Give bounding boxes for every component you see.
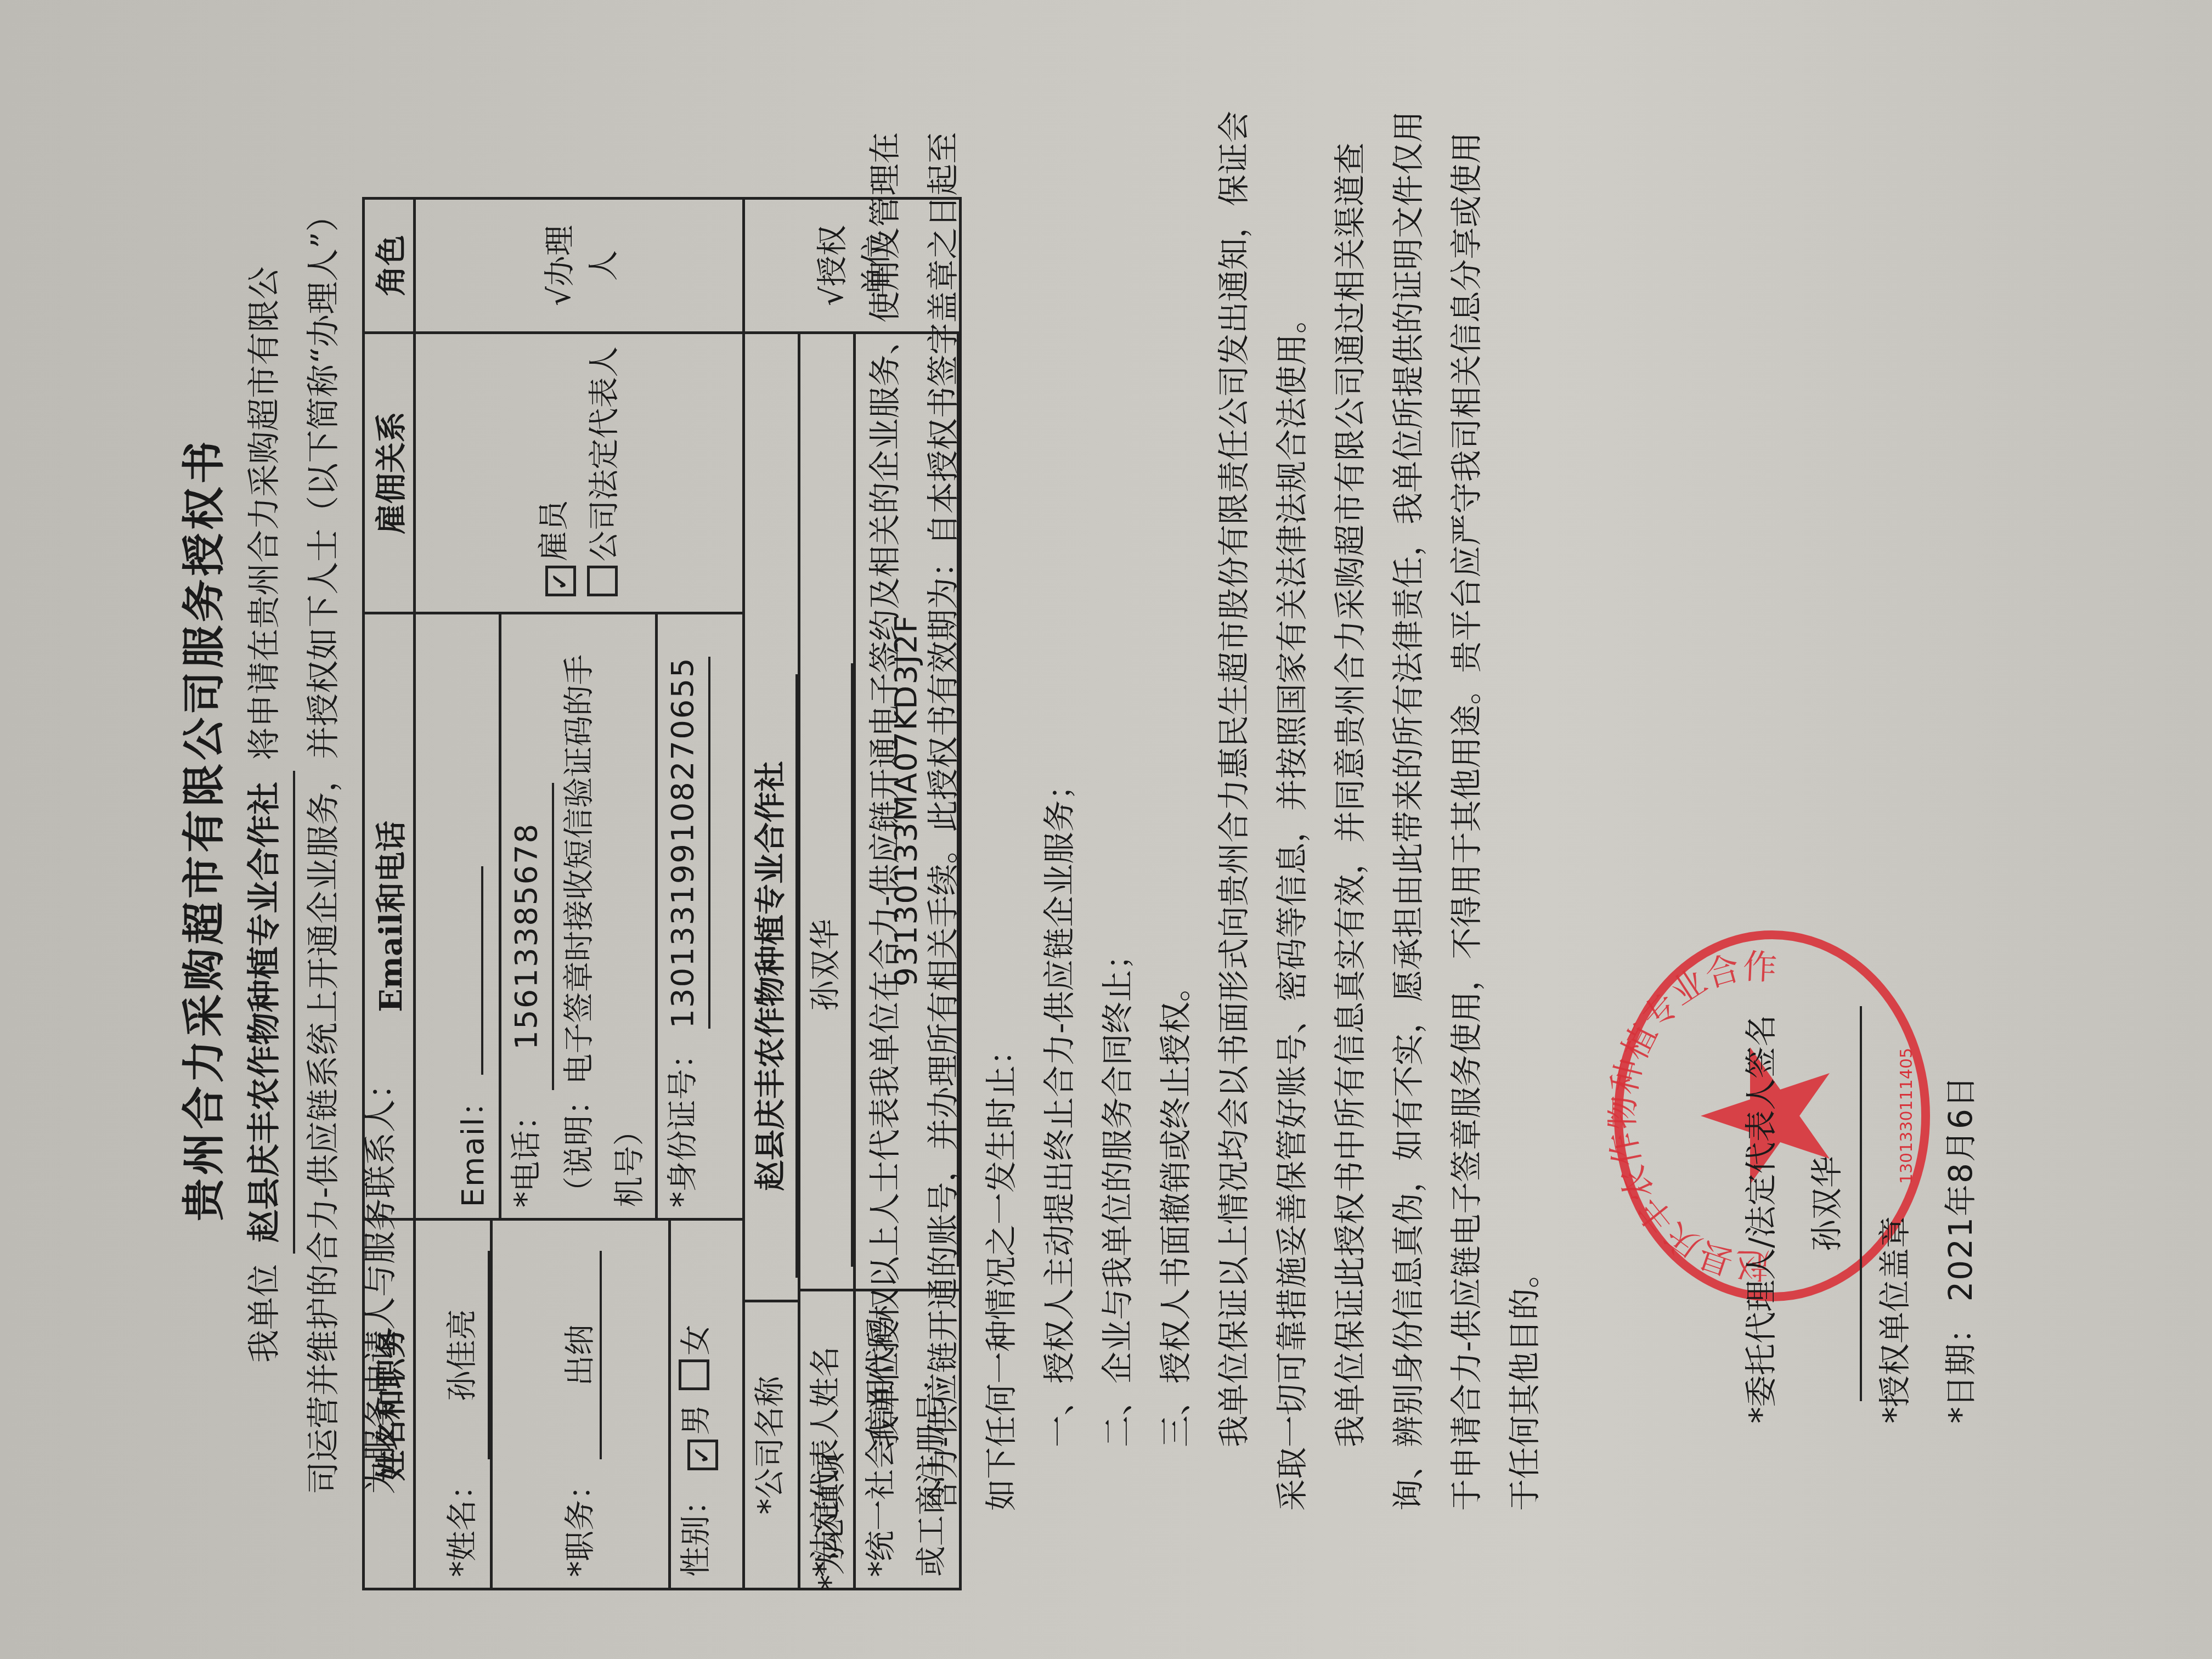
document-title: 贵州合力采购超市有限公司服务授权书: [170, 0, 232, 1659]
gender-label: 性别：: [678, 1485, 714, 1577]
email-label: Email：: [455, 1085, 491, 1207]
list-item-2: 二、企业与我单位的服务合同终止；: [1088, 106, 1147, 1511]
id-number-field[interactable]: 130133199108270655: [658, 657, 710, 1028]
position-field[interactable]: 出纳: [561, 1251, 602, 1459]
gender-female-label: 女: [678, 1324, 714, 1355]
list-item-3: 三、授权人书面撤销或终止授权。: [1147, 106, 1205, 1511]
gender-male-label: 男: [678, 1404, 714, 1435]
list-item-1: 一、授权人主动提出终止合力-供应链企业服务；: [1030, 106, 1088, 1511]
position-label: *职务：: [562, 1469, 598, 1577]
paragraph-guarantee: 我单位保证以上情况均会以书面形式向贵州合力惠民生超市股份有限责任公司发出通知，保…: [1205, 106, 1321, 1511]
gender-female-checkbox[interactable]: [679, 1359, 709, 1390]
agent-signature-label: *委托代理人/法定代表人签名: [1742, 1014, 1780, 1423]
employee-label: 雇员: [536, 500, 572, 561]
employee-checkbox[interactable]: ✓: [545, 566, 576, 596]
id-label: *身份证号：: [665, 1038, 701, 1207]
intro-prefix: 我单位: [245, 1264, 284, 1363]
agent-role-cell: √办理人: [415, 199, 744, 333]
phone-field[interactable]: 15613385678: [501, 783, 554, 1090]
phone-label: *电话：: [509, 1099, 544, 1207]
header-role: 角色: [364, 199, 415, 333]
header-email-phone: Email和电话: [364, 613, 415, 1220]
intro-line2: 司运营并维护的合力-供应链系统上开通企业服务，并授权如下人士（以下简称“办理人”…: [295, 123, 352, 1494]
intro-line1-suffix: 将申请在贵州合力采购超市有限公: [245, 267, 284, 760]
phone-note: （说明：电子签章时接收短信验证码的手机号）: [554, 614, 658, 1218]
company-name-field[interactable]: 赵县庆丰农作物种植专业合作社: [745, 674, 798, 1278]
legal-rep-checkbox[interactable]: [587, 566, 618, 596]
seal-label: *授权单位盖章: [1876, 1216, 1914, 1423]
required-note: *为必填项: [806, 1452, 850, 1590]
agent-contact-cell: Email： *电话： 15613385678 （说明：电子签章时接收短信验证码…: [415, 613, 744, 1220]
body-text: 我单位授权以上人士代表我单位在合力-供应链开通电子签约及相关的企业服务、使用及管…: [856, 106, 1554, 1511]
header-name-position: 姓名和职务: [364, 1220, 415, 1589]
name-label: *姓名：: [444, 1469, 480, 1577]
employment-cell: ✓雇员 公司法定代表人: [415, 333, 744, 613]
paragraph-authorization: 我单位授权以上人士代表我单位在合力-供应链开通电子签约及相关的企业服务、使用及管…: [856, 106, 1030, 1511]
name-field[interactable]: 孙佳亮: [437, 1251, 490, 1459]
unit-name-field[interactable]: 赵县庆丰农作物种植专业合作社: [236, 771, 295, 1254]
signature-block: *委托代理人/法定代表人签名 孙双华 *授权单位盖章 *日期： 2021年8月6…: [1728, 1006, 1994, 1423]
date-field[interactable]: 2021年8月6日: [1942, 1075, 1979, 1301]
gender-male-checkbox[interactable]: ✓: [687, 1440, 718, 1470]
company-name-label: *公司名称: [745, 1300, 798, 1588]
legal-rep-label: 公司法定代表人: [586, 346, 622, 561]
email-field[interactable]: [481, 866, 483, 1075]
paragraph-truthfulness: 我单位保证此授权书中所有信息真实有效，并同意贵州合力采购超市有限公司通过相关渠道…: [1321, 106, 1554, 1511]
header-employment: 雇佣关系: [364, 333, 415, 613]
legal-rep-name-field[interactable]: 孙双华: [800, 663, 853, 1267]
authorization-letter-page: 贵州合力采购超市有限公司服务授权书 我单位 赵县庆丰农作物种植专业合作社 将申请…: [0, 0, 2212, 1659]
date-label: *日期：: [1942, 1312, 1979, 1423]
agent-name-cell: *姓名： 孙佳亮 *职务： 出纳 性别： ✓男 女: [415, 1220, 744, 1589]
agent-signature-field[interactable]: 孙双华: [1794, 1006, 1862, 1401]
